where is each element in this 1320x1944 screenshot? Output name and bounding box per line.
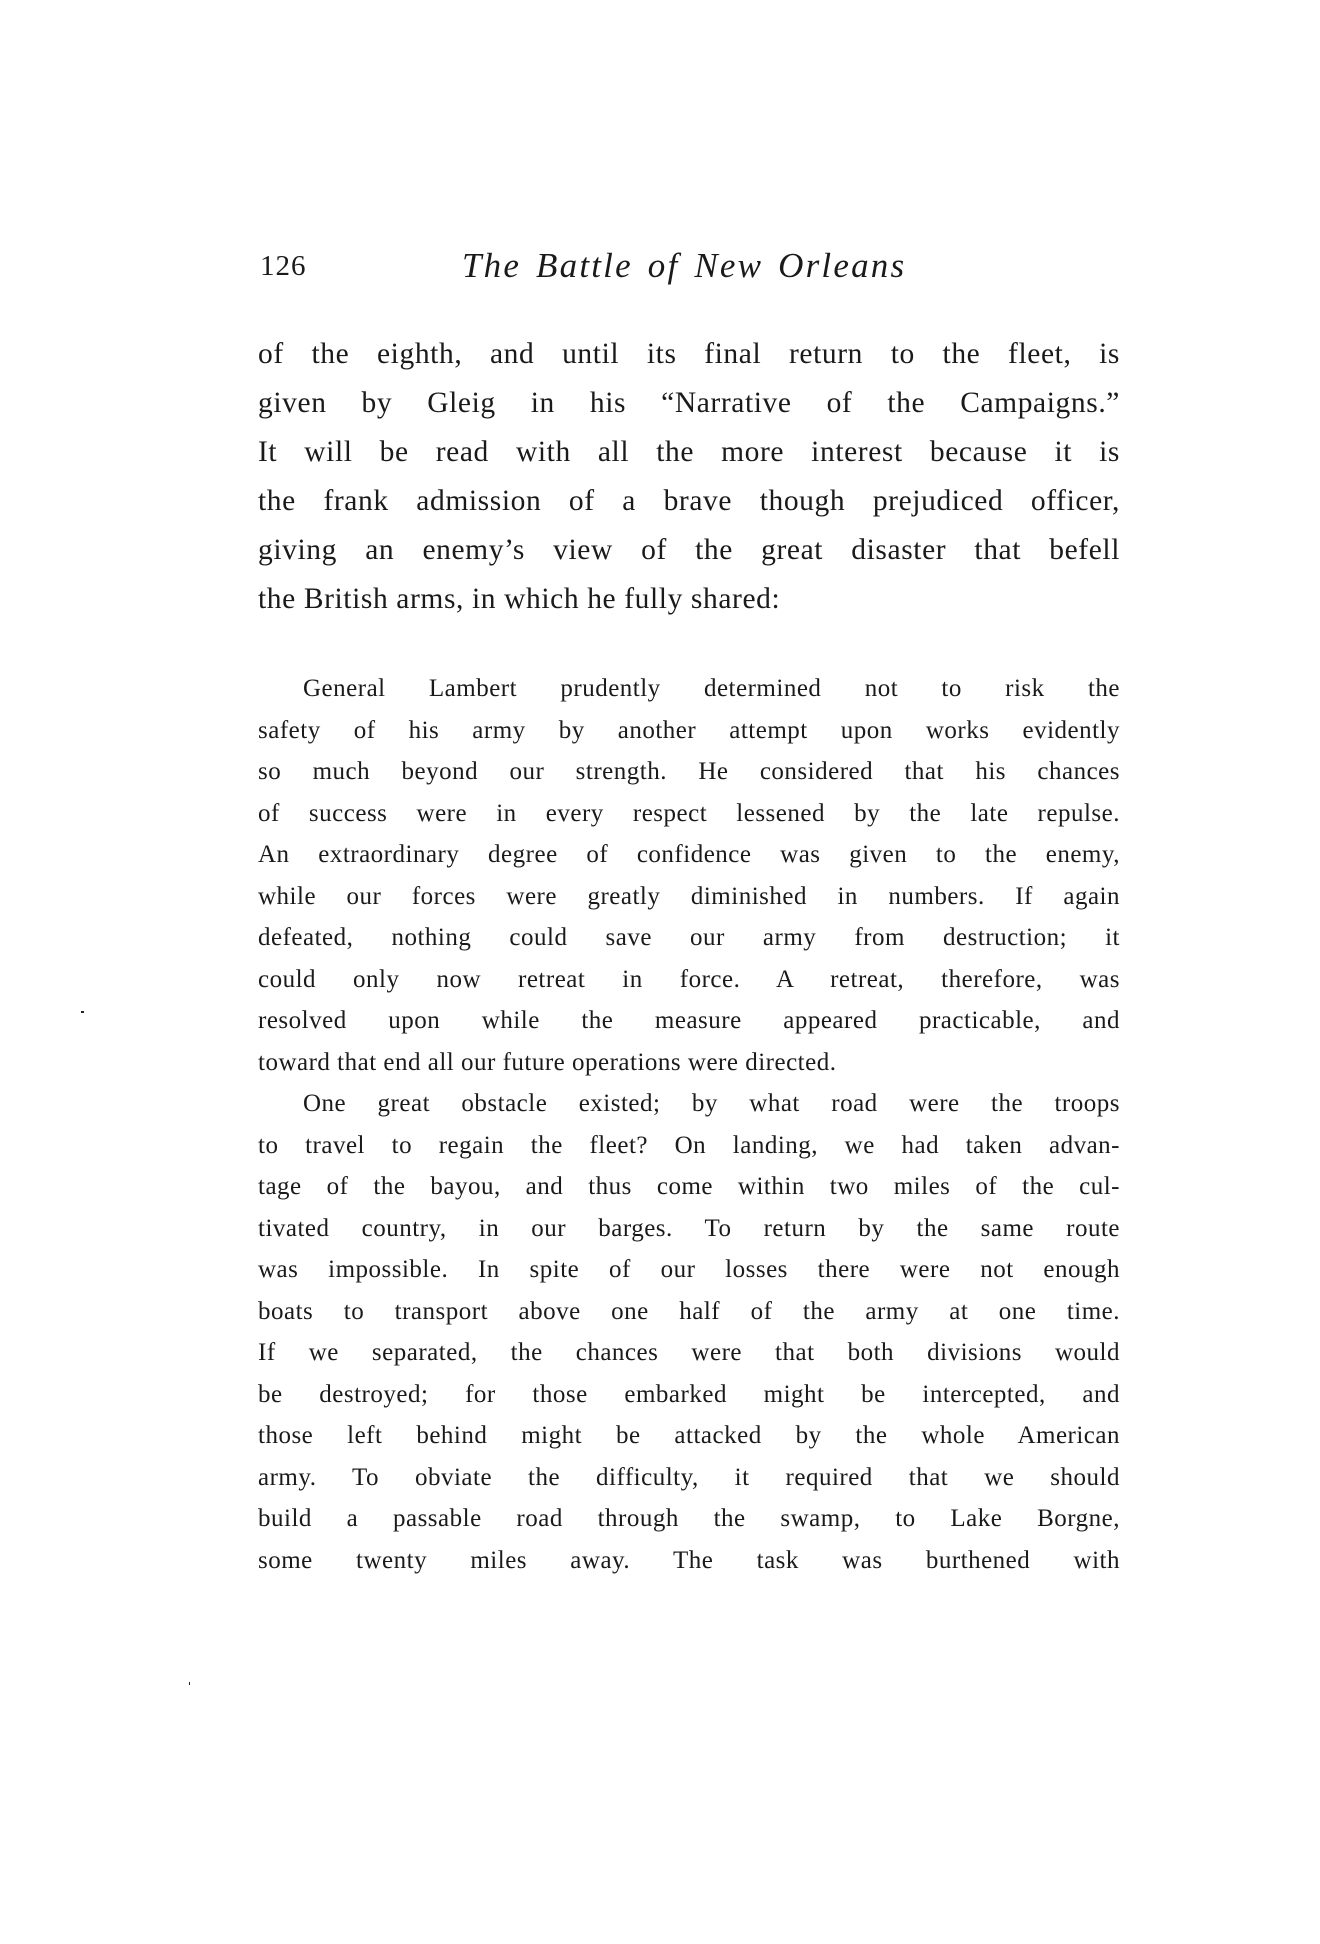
text-line: while our forces were greatly diminished… [258, 876, 1120, 918]
text-line: those left behind might be attacked by t… [258, 1415, 1120, 1457]
text-line: If we separated, the chances were that b… [258, 1332, 1120, 1374]
text-line: some twenty miles away. The task was bur… [258, 1540, 1120, 1582]
block-quote: General Lambert prudently determined not… [258, 668, 1120, 1581]
text-line: build a passable road through the swamp,… [258, 1498, 1120, 1540]
text-line: tage of the bayou, and thus come within … [258, 1166, 1120, 1208]
text-line: so much beyond our strength. He consider… [258, 751, 1120, 793]
scan-speck [189, 1682, 190, 1685]
text-line: of the eighth, and until its final retur… [258, 330, 1120, 379]
page-number: 126 [260, 246, 307, 286]
text-line: army. To obviate the difficulty, it requ… [258, 1457, 1120, 1499]
text-line: the British arms, in which he fully shar… [258, 575, 1120, 624]
text-line: It will be read with all the more intere… [258, 428, 1120, 477]
text-line: to travel to regain the fleet? On landin… [258, 1125, 1120, 1167]
text-line: An extraordinary degree of confidence wa… [258, 834, 1120, 876]
text-line: tivated country, in our barges. To retur… [258, 1208, 1120, 1250]
text-line: safety of his army by another attempt up… [258, 710, 1120, 752]
text-line: the frank admission of a brave though pr… [258, 477, 1120, 526]
quote-paragraph-1: General Lambert prudently determined not… [258, 668, 1120, 1083]
text-line: be destroyed; for those embarked might b… [258, 1374, 1120, 1416]
text-line: was impossible. In spite of our losses t… [258, 1249, 1120, 1291]
scan-speck [81, 1011, 84, 1013]
page-header: 126 The Battle of New Orleans [258, 246, 1120, 290]
intro-paragraph: of the eighth, and until its final retur… [258, 330, 1120, 624]
text-line: General Lambert prudently determined not… [258, 668, 1120, 710]
text-line: could only now retreat in force. A retre… [258, 959, 1120, 1001]
text-line: resolved upon while the measure appeared… [258, 1000, 1120, 1042]
text-line: given by Gleig in his “Narrative of the … [258, 379, 1120, 428]
running-title: The Battle of New Orleans [462, 244, 906, 288]
text-line: One great obstacle existed; by what road… [258, 1083, 1120, 1125]
text-line: boats to transport above one half of the… [258, 1291, 1120, 1333]
text-line: defeated, nothing could save our army fr… [258, 917, 1120, 959]
text-line: of success were in every respect lessene… [258, 793, 1120, 835]
text-line: giving an enemy’s view of the great disa… [258, 526, 1120, 575]
text-line: toward that end all our future operation… [258, 1042, 1120, 1084]
quote-paragraph-2: One great obstacle existed; by what road… [258, 1083, 1120, 1581]
